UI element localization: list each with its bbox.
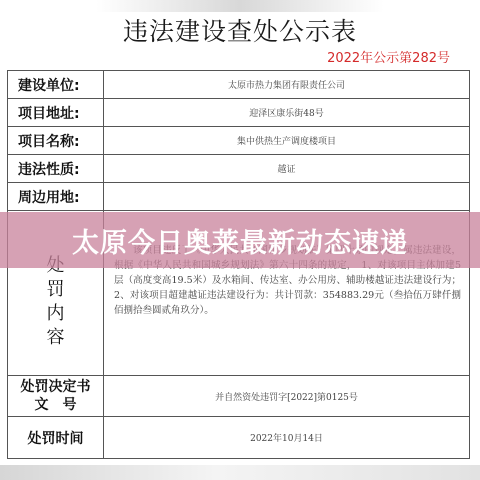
row-value: 集中供热生产调度楼项目: [104, 127, 469, 154]
penalty-time-label: 处罚时间: [8, 417, 104, 458]
row-value: 越证: [104, 155, 469, 182]
row-label: 建设单位:: [8, 71, 104, 98]
label-line: 文 号: [35, 396, 77, 414]
table-row-address: 项目地址: 迎泽区康乐街48号: [8, 99, 469, 127]
row-value: 迎泽区康乐街48号: [104, 99, 469, 126]
table-row-decision-doc: 处罚决定书 文 号 并自然资处违罚字[2022]第0125号: [8, 376, 469, 417]
row-label: 周边用地:: [8, 183, 104, 210]
top-shade: [0, 0, 480, 12]
document-title: 违法建设查处公示表: [0, 12, 480, 48]
row-label: 违法性质:: [8, 155, 104, 182]
table-row-violation-type: 违法性质: 越证: [8, 155, 469, 183]
decision-doc-value: 并自然资处违罚字[2022]第0125号: [104, 376, 469, 416]
headline-banner: 太原今日奥莱最新动态速递: [0, 212, 480, 268]
row-label: 项目名称:: [8, 127, 104, 154]
label-char: 容: [47, 326, 65, 350]
table-row-surrounding-land: 周边用地:: [8, 183, 469, 211]
row-value: [104, 183, 469, 210]
document-number: 2022年公示第282号: [327, 47, 450, 66]
bottom-shade: [0, 465, 480, 480]
label-char: 罚: [47, 278, 65, 302]
label-char: 内: [47, 302, 65, 326]
label-line: 处罚决定书: [21, 378, 91, 396]
row-label: 项目地址:: [8, 99, 104, 126]
table-row-builder: 建设单位: 太原市热力集团有限责任公司: [8, 71, 469, 99]
table-row-project-name: 项目名称: 集中供热生产调度楼项目: [8, 127, 469, 155]
penalty-time-value: 2022年10月14日: [104, 417, 469, 458]
row-value: 太原市热力集团有限责任公司: [104, 71, 469, 98]
decision-doc-label: 处罚决定书 文 号: [8, 376, 104, 416]
banner-text: 太原今日奥莱最新动态速递: [72, 221, 408, 260]
table-row-penalty-time: 处罚时间 2022年10月14日: [8, 417, 469, 458]
